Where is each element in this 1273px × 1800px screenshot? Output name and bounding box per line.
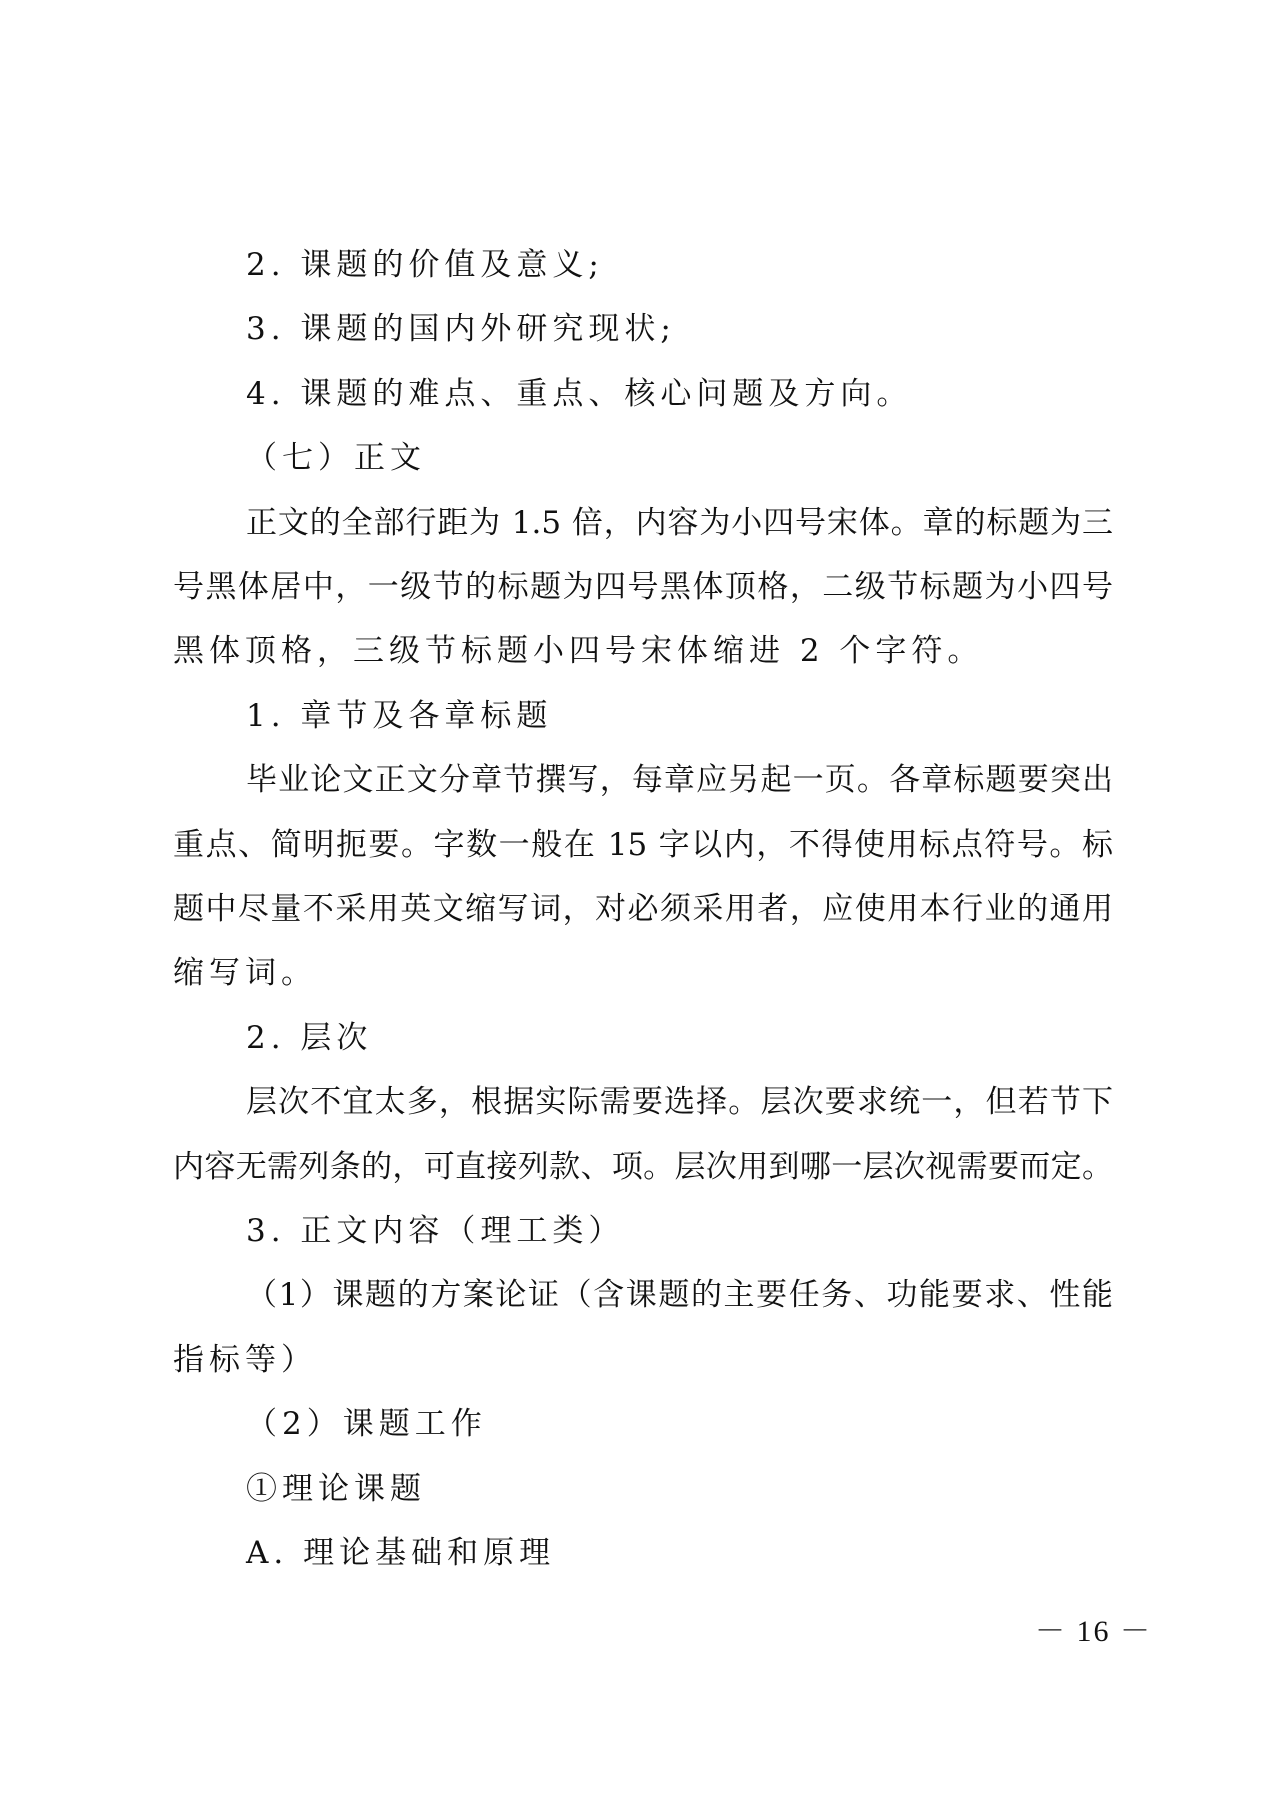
- list-item-difficulties: 4. 课题的难点、重点、核心问题及方向。: [173, 362, 1113, 426]
- paragraph-line: 黑体顶格，三级节标题小四号宋体缩进 2 个字符。: [173, 619, 1113, 683]
- list-item-project-work: （2）课题工作: [173, 1392, 1113, 1456]
- list-item-theory-basis: A. 理论基础和原理: [173, 1521, 1113, 1585]
- list-item-theoretical-project: ①理论课题: [173, 1457, 1113, 1521]
- document-page: 2. 课题的价值及意义; 3. 课题的国内外研究现状; 4. 课题的难点、重点、…: [0, 0, 1273, 1800]
- paragraph-line: 层次不宜太多，根据实际需要选择。层次要求统一，但若节下: [173, 1070, 1113, 1134]
- list-item-scheme-demonstration: （1）课题的方案论证（含课题的主要任务、功能要求、性能: [173, 1263, 1113, 1327]
- subheading-chapter-titles: 1. 章节及各章标题: [173, 684, 1113, 748]
- paragraph-line: 正文的全部行距为 1.5 倍，内容为小四号宋体。章的标题为三: [173, 491, 1113, 555]
- list-item-research-status: 3. 课题的国内外研究现状;: [173, 297, 1113, 361]
- page-number: － 16 －: [1035, 1612, 1125, 1652]
- paragraph-line: 缩写词。: [173, 941, 1113, 1005]
- section-heading-main-text: （七）正文: [173, 426, 1113, 490]
- paragraph-line: 号黑体居中，一级节的标题为四号黑体顶格，二级节标题为小四号: [173, 555, 1113, 619]
- paragraph-line: 重点、简明扼要。字数一般在 15 字以内，不得使用标点符号。标: [173, 813, 1113, 877]
- paragraph-line: 毕业论文正文分章节撰写，每章应另起一页。各章标题要突出: [173, 748, 1113, 812]
- subheading-levels: 2. 层次: [173, 1006, 1113, 1070]
- list-item-value-significance: 2. 课题的价值及意义;: [173, 233, 1113, 297]
- subheading-main-content: 3. 正文内容（理工类）: [173, 1199, 1113, 1263]
- paragraph-line: 内容无需列条的，可直接列款、项。层次用到哪一层次视需要而定。: [173, 1135, 1113, 1199]
- paragraph-line: 题中尽量不采用英文缩写词，对必须采用者，应使用本行业的通用: [173, 877, 1113, 941]
- paragraph-line: 指标等）: [173, 1328, 1113, 1392]
